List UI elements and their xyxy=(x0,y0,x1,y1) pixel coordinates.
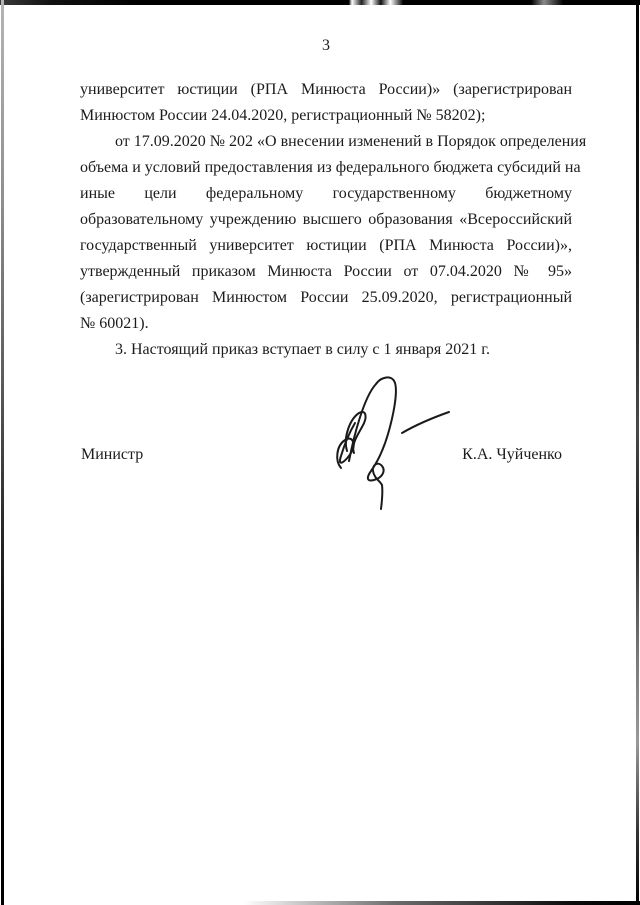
document-line: 3. Настоящий приказ вступает в силу с 1 … xyxy=(80,337,572,363)
scan-border-bottom xyxy=(0,901,640,905)
document-body: университет юстиции (РПА Минюста России)… xyxy=(80,77,572,363)
scan-border-left xyxy=(1,0,4,905)
minister-title: Министр xyxy=(81,442,143,468)
document-line: Минюстом России 24.04.2020, регистрацион… xyxy=(80,103,572,129)
document-line: от 17.09.2020 № 202 «О внесении изменени… xyxy=(80,129,572,155)
minister-name: К.А. Чуйченко xyxy=(462,442,562,468)
scan-border-top xyxy=(0,0,640,5)
document-line: объема и условий предоставления из федер… xyxy=(80,155,572,181)
document-line: № 60021). xyxy=(80,311,572,337)
document-line: государственный университет юстиции (РПА… xyxy=(80,233,572,259)
document-page: 3 университет юстиции (РПА Минюста Росси… xyxy=(0,0,640,905)
page-number: 3 xyxy=(80,33,572,59)
document-line: иные цели федеральному государственному … xyxy=(80,181,572,207)
document-line: (зарегистрирован Минюстом России 25.09.2… xyxy=(80,285,572,311)
scan-border-right xyxy=(636,3,639,905)
document-line: образовательному учреждению высшего обра… xyxy=(80,207,572,233)
document-line: университет юстиции (РПА Минюста России)… xyxy=(80,77,572,103)
document-line: утвержденный приказом Минюста России от … xyxy=(80,259,572,285)
handwritten-signature-icon xyxy=(331,371,458,513)
